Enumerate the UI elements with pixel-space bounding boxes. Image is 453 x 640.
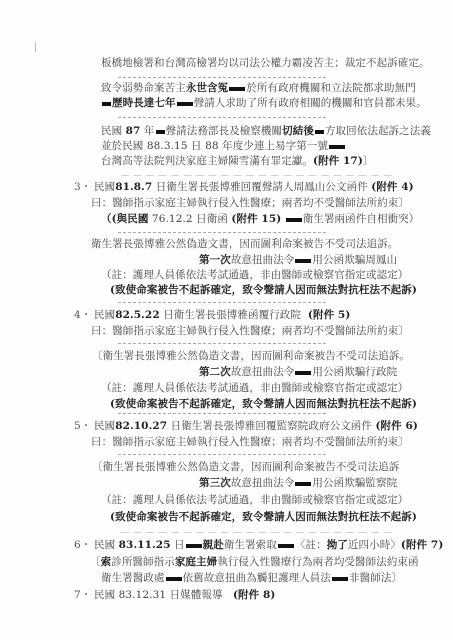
text-span: 非醫師法〕 <box>349 572 402 584</box>
attachment-ref: (附件 4) <box>371 181 414 193</box>
item-4-forgery: 〔衛生署長張博雅公然偽造文書，因而圖利命案被告不受司法追訴。 <box>92 350 410 363</box>
dashed-divider <box>118 413 326 414</box>
item-3-says: 曰：醫師指示家庭主婦執行侵入性醫療；兩者均不受醫師法所約束〕 <box>91 197 409 210</box>
text-span: 用公函欺騙行政院 <box>312 366 397 378</box>
scan-artifact <box>35 42 36 52</box>
bold-phrase: 聲請人因而無法對抗枉法不起訴) <box>263 511 416 523</box>
text-line-roc88-case: 並於民國 88.3.15 日 88 年度少連上易字第一號 <box>101 140 346 153</box>
redaction-bar <box>295 482 311 486</box>
item-3-note: （註：護理人員係依法考試通過，非由醫師或檢察官指定或認定） <box>101 269 408 282</box>
list-number: 3・ <box>74 181 94 194</box>
redaction-bar <box>166 577 182 581</box>
list-number: 5・ <box>74 420 94 433</box>
item-4-says: 曰：醫師指示家庭主婦執行侵入性醫療；兩者均不受醫師法所約束〕 <box>91 325 409 338</box>
bold-phrase: 索 <box>101 556 112 568</box>
attachment-ref: (附件 5) <box>308 309 351 321</box>
text-span: 衛生署兩函件自相衝突） <box>303 213 420 225</box>
attachment-ref: (附件 6) <box>375 420 418 432</box>
bold-phrase: 親赴 <box>203 539 224 551</box>
item-4-second-time: 第二次故意扭曲法令用公函欺騙行政院 <box>199 366 397 379</box>
text-span: 故意扭曲法令 <box>231 477 295 489</box>
bold-phrase: (致使命案被告不起訴確定，致令 <box>110 284 263 296</box>
text-span: 民國 <box>94 539 115 551</box>
item-5-says: 曰：醫師指示家庭主婦執行侵入性醫療；兩者均不受醫師法所約束〕 <box>91 436 409 449</box>
bold-phrase: 永世含冤 <box>186 82 228 94</box>
redaction-bar <box>295 259 311 263</box>
bold-phrase: 歷時長達七年 <box>112 97 176 109</box>
text-line-seven-years: 歷時長達七年聲請人求助了所有政府相關的機關和官員都未果。 <box>101 97 427 110</box>
text-span: 年 <box>144 125 155 137</box>
redaction-bar <box>229 87 245 91</box>
dashed-divider <box>118 117 326 118</box>
text-span: 〈註： <box>295 539 327 551</box>
item-5-consequence: (致使命案被告不起訴確定，致令聲請人因而無法對抗枉法不起訴) <box>110 511 417 524</box>
bold-phrase: 拗了 <box>327 539 348 551</box>
text-span: 衛生署醫政處 <box>101 572 165 584</box>
redaction-bar <box>156 130 165 134</box>
text-span: 用公函欺騙周鳳山 <box>312 254 397 266</box>
text-span: 日衛生署長張博雅函覆行政院 <box>163 309 301 321</box>
bold-phrase: 第二次 <box>199 366 231 378</box>
redaction-bar <box>278 544 294 548</box>
text-span: 聲請人求助了所有政府相關的機關和官員都未果。 <box>194 97 427 109</box>
dashed-divider <box>118 302 326 303</box>
text-span: 民國 <box>94 181 115 193</box>
dashed-divider <box>118 232 326 233</box>
text-span: 故意扭曲法令 <box>231 366 295 378</box>
bold-phrase: (致使命案被告不起訴確定，致令 <box>110 398 263 410</box>
item-3-first-time: 第一次故意扭曲法令用公函欺騙周鳳山 <box>199 254 397 267</box>
redaction-bar <box>329 145 345 149</box>
list-number: 4・ <box>74 309 94 322</box>
text-span: 民國 <box>101 125 122 137</box>
text-line-victim-wronged: 致令弱勢命案苦主永世含冤於所有政府機關和立法院都求助無門 <box>101 82 416 95</box>
text-span: 日衛生署長張博雅回覆聲請人周鳳山公文函件 <box>156 181 368 193</box>
bold-year: 87 <box>126 125 141 137</box>
redaction-bar <box>286 218 302 222</box>
bold-phrase: 聲請人因而無法對抗枉法不起訴) <box>263 284 416 296</box>
text-span: 故意扭曲法令 <box>231 254 295 266</box>
text-line-roc87: 民國 87 年聲請法務部長及檢察機關切結後方取回依法起訴之法義 <box>101 125 431 138</box>
text-span: 76.12.2 日衛函 <box>152 213 228 225</box>
text-span: 衛生署索取 <box>224 539 277 551</box>
redaction-bar <box>177 102 193 106</box>
list-number: 6・ <box>74 539 94 552</box>
text-span: 日衛生署長張博雅回覆監察院政府公文函件 <box>171 420 372 432</box>
list-number: 7・ <box>74 589 94 602</box>
item-3-forgery: 衛生署長張博雅公然偽造文書，因而圖利命案被告不受司法追訴。 <box>91 238 398 251</box>
bold-date: 82.5.22 <box>115 309 160 321</box>
attachment-ref: (附件 7) <box>401 539 444 551</box>
bold-phrase: 家庭主婦 <box>175 556 217 568</box>
text-line-prosecutor-ruling: 板橋地檢署和台灣高檢署均以司法公權力霸凌苦主；裁定不起訴確定。 <box>101 57 430 70</box>
dashed-divider <box>118 454 326 455</box>
emdash-divider: －－－－－－－－－－－－－－－－－－－－－－ <box>120 167 395 182</box>
text-span: 於所有政府機關和立法院都求助無門 <box>246 82 416 94</box>
text-span: 用公函欺騙監察院 <box>312 477 397 489</box>
bold-phrase: 第一次 <box>199 254 231 266</box>
dashed-divider <box>118 343 326 344</box>
list-item-4-heading: 4・民國82.5.22 日衛生署長張博雅函覆行政院 (附件 5) <box>74 309 350 322</box>
item-3-consequence: (致使命案被告不起訴確定，致令聲請人因而無法對抗枉法不起訴) <box>110 284 417 297</box>
list-item-6-heading: 6・民國 83.11.25 日親赴衛生署索取〈註：拗了近四小時〉(附件 7) <box>74 539 443 552</box>
scanned-document-page: 板橋地檢署和台灣高檢署均以司法公權力霸凌苦主；裁定不起訴確定。 致令弱勢命案苦主… <box>0 0 453 640</box>
text-span: 方取回依法起訴之法義 <box>325 125 431 137</box>
item-6-health-dept: 衛生署醫政處依舊故意扭曲為觸犯護理人員法非醫師法〕 <box>101 572 402 585</box>
text-span: 致令弱勢命案苦主 <box>101 82 186 94</box>
attachment-ref: (附件 15) <box>231 213 281 225</box>
redaction-bar <box>186 544 202 548</box>
text-span: 並於民國 88.3.15 日 88 年度少連上易字第一號 <box>101 140 328 152</box>
list-item-3-heading: 3・民國81.8.7 日衛生署長張博雅回覆聲請人周鳳山公文函件 (附件 4) <box>74 181 414 194</box>
text-span: 近四小時〉 <box>348 539 401 551</box>
redaction-bar <box>332 577 348 581</box>
dashed-divider <box>118 77 326 78</box>
text-span: 診所醫師指示 <box>111 556 175 568</box>
bold-date: 83.11.25 <box>119 539 171 551</box>
item-4-note: （註：護理人員係依法考試通過，非由醫師或檢察官指定或認定） <box>101 382 408 395</box>
item-3-conflict-note: （(與民國 76.12.2 日衛函 (附件 15) 衛生署兩函件自相衝突） <box>101 213 419 226</box>
redaction-bar <box>315 130 324 134</box>
text-span: 聲請法務部長及檢察機關 <box>166 125 283 137</box>
item-5-third-time: 第三次故意扭曲法令用公函欺騙監察院 <box>199 477 397 490</box>
text-span: 〕 <box>363 155 374 167</box>
text-span: 依舊故意扭曲為觸犯護理人員法 <box>183 572 331 584</box>
redaction-bar <box>102 102 111 106</box>
bold-phrase: 第三次 <box>199 477 231 489</box>
item-6-request: 〔索診所醫師指示家庭主婦執行侵入性醫療行為兩者均受醫師法約束函 <box>90 556 419 569</box>
bold-date: 82.10.27 <box>115 420 167 432</box>
bold-phrase: 聲請人因而無法對抗枉法不起訴) <box>263 398 416 410</box>
attachment-ref: (附件 17) <box>313 155 363 167</box>
text-span: 日 <box>174 539 185 551</box>
attachment-ref: (附件 8) <box>233 589 276 601</box>
text-span: 民國 83.12.31 日媒體報導 <box>94 589 223 601</box>
redaction-bar <box>295 371 311 375</box>
list-item-7-heading: 7・民國 83.12.31 日媒體報導 (附件 8) <box>74 589 275 602</box>
text-span: 執行侵入性醫療行為兩者均受醫師法約束函 <box>217 556 418 568</box>
text-span: 台灣高等法院判決家庭主婦陳雪滿有罪定讞。 <box>101 155 313 167</box>
bold-phrase: (致使命案被告不起訴確定，致令 <box>110 511 263 523</box>
list-item-5-heading: 5・民國82.10.27 日衛生署長張博雅回覆監察院政府公文函件 (附件 6) <box>74 420 418 433</box>
item-5-note: （註：護理人員係依法考試通過，非由醫師或檢察官指定或認定） <box>101 494 408 507</box>
text-span: 〔 <box>90 556 101 568</box>
text-span: （(與民國 <box>101 213 148 225</box>
bold-date: 81.8.7 <box>115 181 152 193</box>
emdash-divider: －－－－－－－－－－－－－－－－－－－－－－ <box>120 524 395 539</box>
bold-phrase: 切結後 <box>282 125 314 137</box>
item-4-consequence: (致使命案被告不起訴確定，致令聲請人因而無法對抗枉法不起訴) <box>110 398 417 411</box>
text-span: 民國 <box>94 420 115 432</box>
item-5-forgery: 〔衛生署長張博雅公然偽造文書，因而圖利命案被告不受司法追訴 <box>92 461 399 474</box>
text-span: 民國 <box>94 309 115 321</box>
